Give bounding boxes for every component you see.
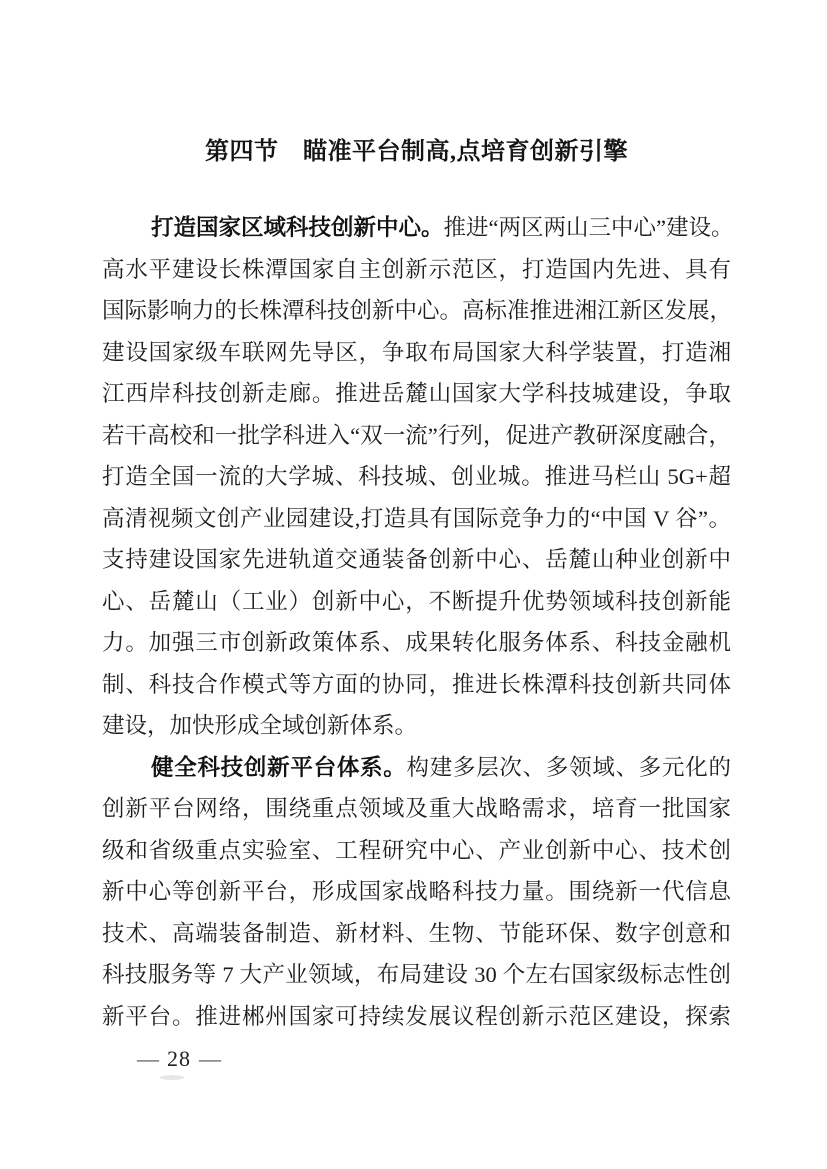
text-line: 制、科技合作模式等方面的协同，推进长株潭科技创新共同体 [102,664,731,706]
line-text: 打造全国一流的大学城、科技城、创业城。推进马栏山 5G+超 [102,464,731,489]
text-line: 建设国家级车联网先导区，争取布局国家大科学装置，打造湘 [102,332,731,374]
line-text: 高清视频文创产业园建设,打造具有国际竞争力的“中国 V 谷”。 [102,506,731,531]
text-line: 建设，加快形成全域创新体系。 [102,705,731,747]
text-line: 级和省级重点实验室、工程研究中心、产业创新中心、技术创 [102,830,731,872]
line-text: 新平台。推进郴州国家可持续发展议程创新示范区建设，探索 [102,1004,731,1029]
paragraph-lead-bold: 健全科技创新平台体系。 [151,755,407,780]
text-line: 打造全国一流的大学城、科技城、创业城。推进马栏山 5G+超 [102,456,731,498]
text-line: 江西岸科技创新走廊。推进岳麓山国家大学科技城建设，争取 [102,373,731,415]
page-number: —28— [137,1044,221,1074]
line-text: 创新平台网络，围绕重点领域及重大战略需求，培育一批国家 [102,796,731,821]
text-line: 创新平台网络，围绕重点领域及重大战略需求，培育一批国家 [102,788,731,830]
text-line: 新平台。推进郴州国家可持续发展议程创新示范区建设，探索 [102,996,731,1038]
line-text: 支持建设国家先进轨道交通装备创新中心、岳麓山种业创新中 [102,547,731,572]
footer-dash-left: — [137,1046,159,1071]
line-text: 级和省级重点实验室、工程研究中心、产业创新中心、技术创 [102,838,731,863]
paragraph-lead-bold: 打造国家区域科技创新中心。 [151,215,444,240]
footer-dash-right: — [199,1046,221,1071]
line-text: 心、岳麓山（工业）创新中心，不断提升优势领域科技创新能 [102,589,731,614]
text-line: 科技服务等 7 大产业领域，布局建设 30 个左右国家级标志性创 [102,954,731,996]
text-line: 力。加强三市创新政策体系、成果转化服务体系、科技金融机 [102,622,731,664]
line-text: 建设国家级车联网先导区，争取布局国家大科学装置，打造湘 [102,340,731,365]
text-line: 新中心等创新平台，形成国家战略科技力量。围绕新一代信息 [102,871,731,913]
line-text: 科技服务等 7 大产业领域，布局建设 30 个左右国家级标志性创 [102,962,731,987]
line-text: 技术、高端装备制造、新材料、生物、节能环保、数字创意和 [102,921,731,946]
line-text: 高水平建设长株潭国家自主创新示范区，打造国内先进、具有 [102,257,731,282]
line-text: 江西岸科技创新走廊。推进岳麓山国家大学科技城建设，争取 [102,381,731,406]
section-title: 第四节 瞄准平台制高,点培育创新引擎 [102,137,731,167]
text-line: 高水平建设长株潭国家自主创新示范区，打造国内先进、具有 [102,249,731,291]
line-text: 推进“两区两山三中心”建设。 [444,215,734,240]
body-text: 打造国家区域科技创新中心。推进“两区两山三中心”建设。高水平建设长株潭国家自主创… [102,207,731,1037]
line-text: 若干高校和一批学科进入“双一流”行列，促进产教研深度融合， [102,423,731,448]
line-text: 制、科技合作模式等方面的协同，推进长株潭科技创新共同体 [102,672,731,697]
line-text: 新中心等创新平台，形成国家战略科技力量。围绕新一代信息 [102,879,731,904]
line-text: 建设，加快形成全域创新体系。 [102,713,417,738]
document-page: 第四节 瞄准平台制高,点培育创新引擎 打造国家区域科技创新中心。推进“两区两山三… [0,0,827,1169]
text-line: 国际影响力的长株潭科技创新中心。高标准推进湘江新区发展， [102,290,731,332]
text-line: 技术、高端装备制造、新材料、生物、节能环保、数字创意和 [102,913,731,955]
text-line: 支持建设国家先进轨道交通装备创新中心、岳麓山种业创新中 [102,539,731,581]
line-text: 力。加强三市创新政策体系、成果转化服务体系、科技金融机 [102,630,731,655]
text-line: 心、岳麓山（工业）创新中心，不断提升优势领域科技创新能 [102,581,731,623]
line-text: 构建多层次、多领域、多元化的 [407,755,731,780]
scan-artifact [160,1075,184,1080]
text-line: 健全科技创新平台体系。构建多层次、多领域、多元化的 [102,747,731,789]
footer-page-number: 28 [167,1046,191,1071]
text-line: 若干高校和一批学科进入“双一流”行列，促进产教研深度融合， [102,415,731,457]
text-line: 打造国家区域科技创新中心。推进“两区两山三中心”建设。 [102,207,731,249]
text-line: 高清视频文创产业园建设,打造具有国际竞争力的“中国 V 谷”。 [102,498,731,540]
line-text: 国际影响力的长株潭科技创新中心。高标准推进湘江新区发展， [102,298,732,323]
